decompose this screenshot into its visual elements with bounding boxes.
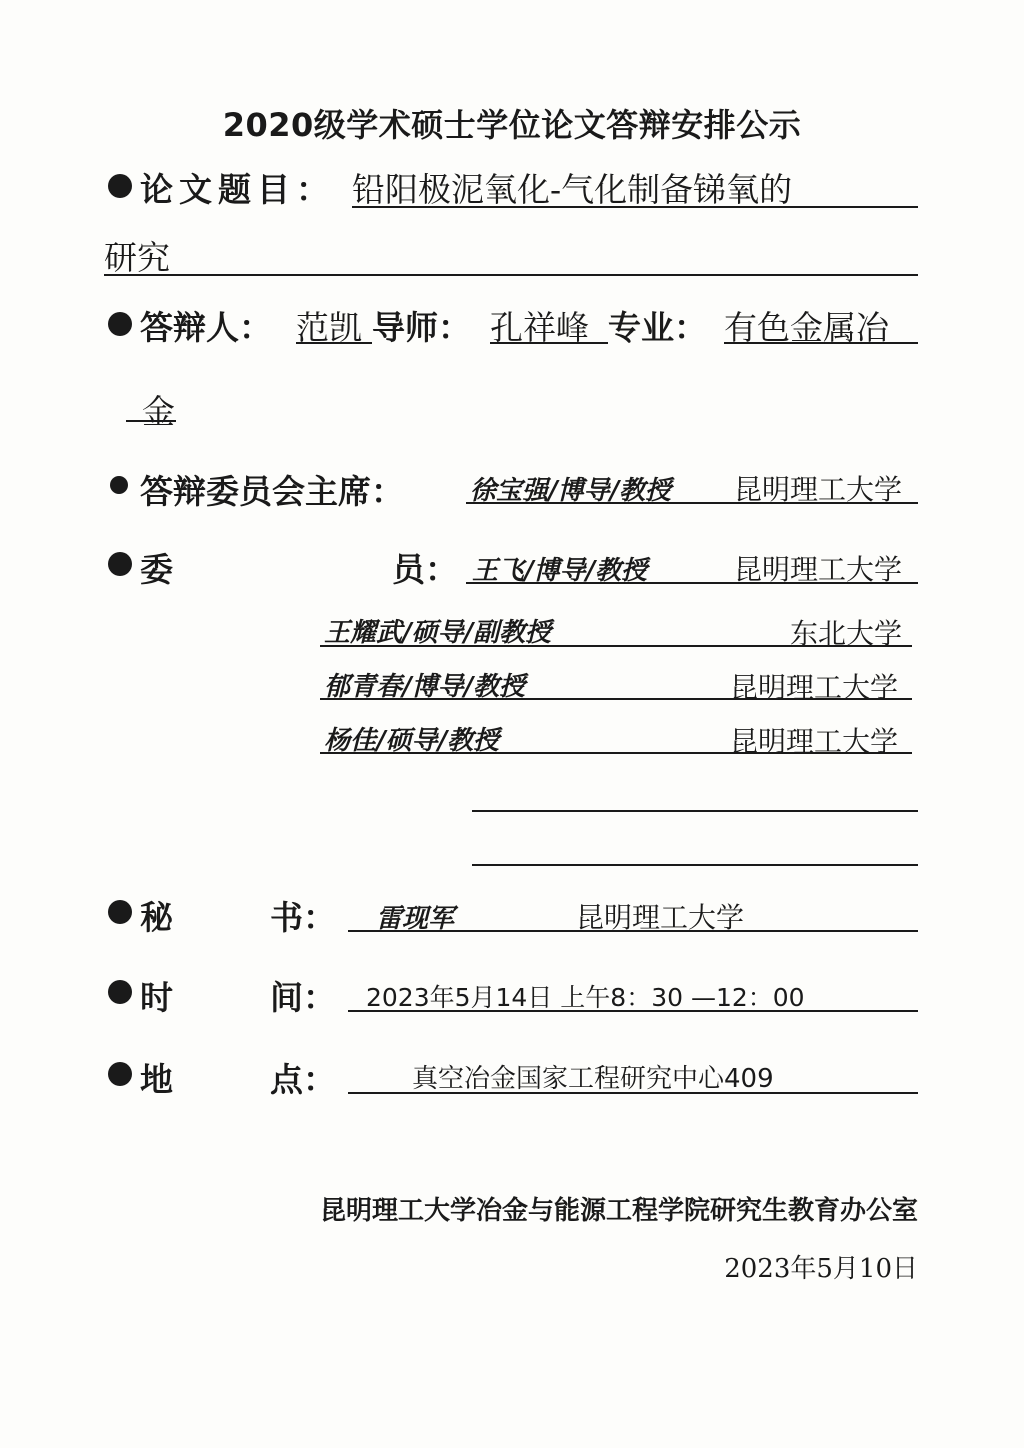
underline <box>466 502 918 504</box>
defender-label: 答辩人： <box>140 302 272 349</box>
issuing-office: 昆明理工大学冶金与能源工程学院研究生教育办公室 <box>320 1190 918 1227</box>
bullet-icon <box>108 900 132 924</box>
underline <box>320 752 912 754</box>
time-value: 2023年5月14日 上午8：30 —12：00 <box>366 978 805 1014</box>
underline <box>466 582 918 584</box>
chair-label: 答辩委员会主席： <box>140 466 404 513</box>
thesis-title-line2: 研究 <box>104 232 170 279</box>
underline <box>126 420 176 422</box>
bullet-icon <box>110 476 128 494</box>
bullet-icon <box>108 980 132 1004</box>
underline <box>104 274 918 276</box>
underline <box>490 342 608 344</box>
time-label-right: 间： <box>270 972 336 1019</box>
major-label: 专业： <box>608 302 707 349</box>
member-institution: 昆明理工大学 <box>730 720 898 760</box>
underline <box>348 1010 918 1012</box>
underline <box>348 1092 918 1094</box>
underline <box>348 930 918 932</box>
bullet-icon <box>108 312 132 336</box>
bullet-icon <box>108 552 132 576</box>
location-label-right: 点： <box>270 1054 336 1101</box>
underline <box>352 206 918 208</box>
time-label-left: 时 <box>140 972 173 1019</box>
bullet-icon <box>108 1062 132 1086</box>
members-label-right: 员： <box>392 544 458 591</box>
issue-date: 2023年5月10日 <box>724 1248 918 1285</box>
major-line2: 金 <box>142 386 175 433</box>
underline <box>320 645 912 647</box>
secretary-label-right: 书： <box>270 892 336 939</box>
underline <box>724 342 918 344</box>
underline <box>296 342 372 344</box>
advisor-label: 导师： <box>372 302 471 349</box>
blank-line <box>472 864 918 866</box>
bullet-icon <box>108 174 132 198</box>
members-label-left: 委 <box>140 544 173 591</box>
thesis-title-line1: 铅阳极泥氧化-气化制备锑氧的 <box>352 164 792 211</box>
document-title: 2020级学术硕士学位论文答辩安排公示 <box>0 100 1024 146</box>
thesis-label: 论文题目： <box>140 164 335 211</box>
blank-line <box>472 810 918 812</box>
location-value: 真空冶金国家工程研究中心409 <box>412 1058 774 1095</box>
underline <box>320 698 912 700</box>
member-institution: 昆明理工大学 <box>730 666 898 706</box>
secretary-label-left: 秘 <box>140 892 173 939</box>
member-name: 王耀武/硕导/副教授 <box>324 612 551 649</box>
location-label-left: 地 <box>140 1054 173 1101</box>
